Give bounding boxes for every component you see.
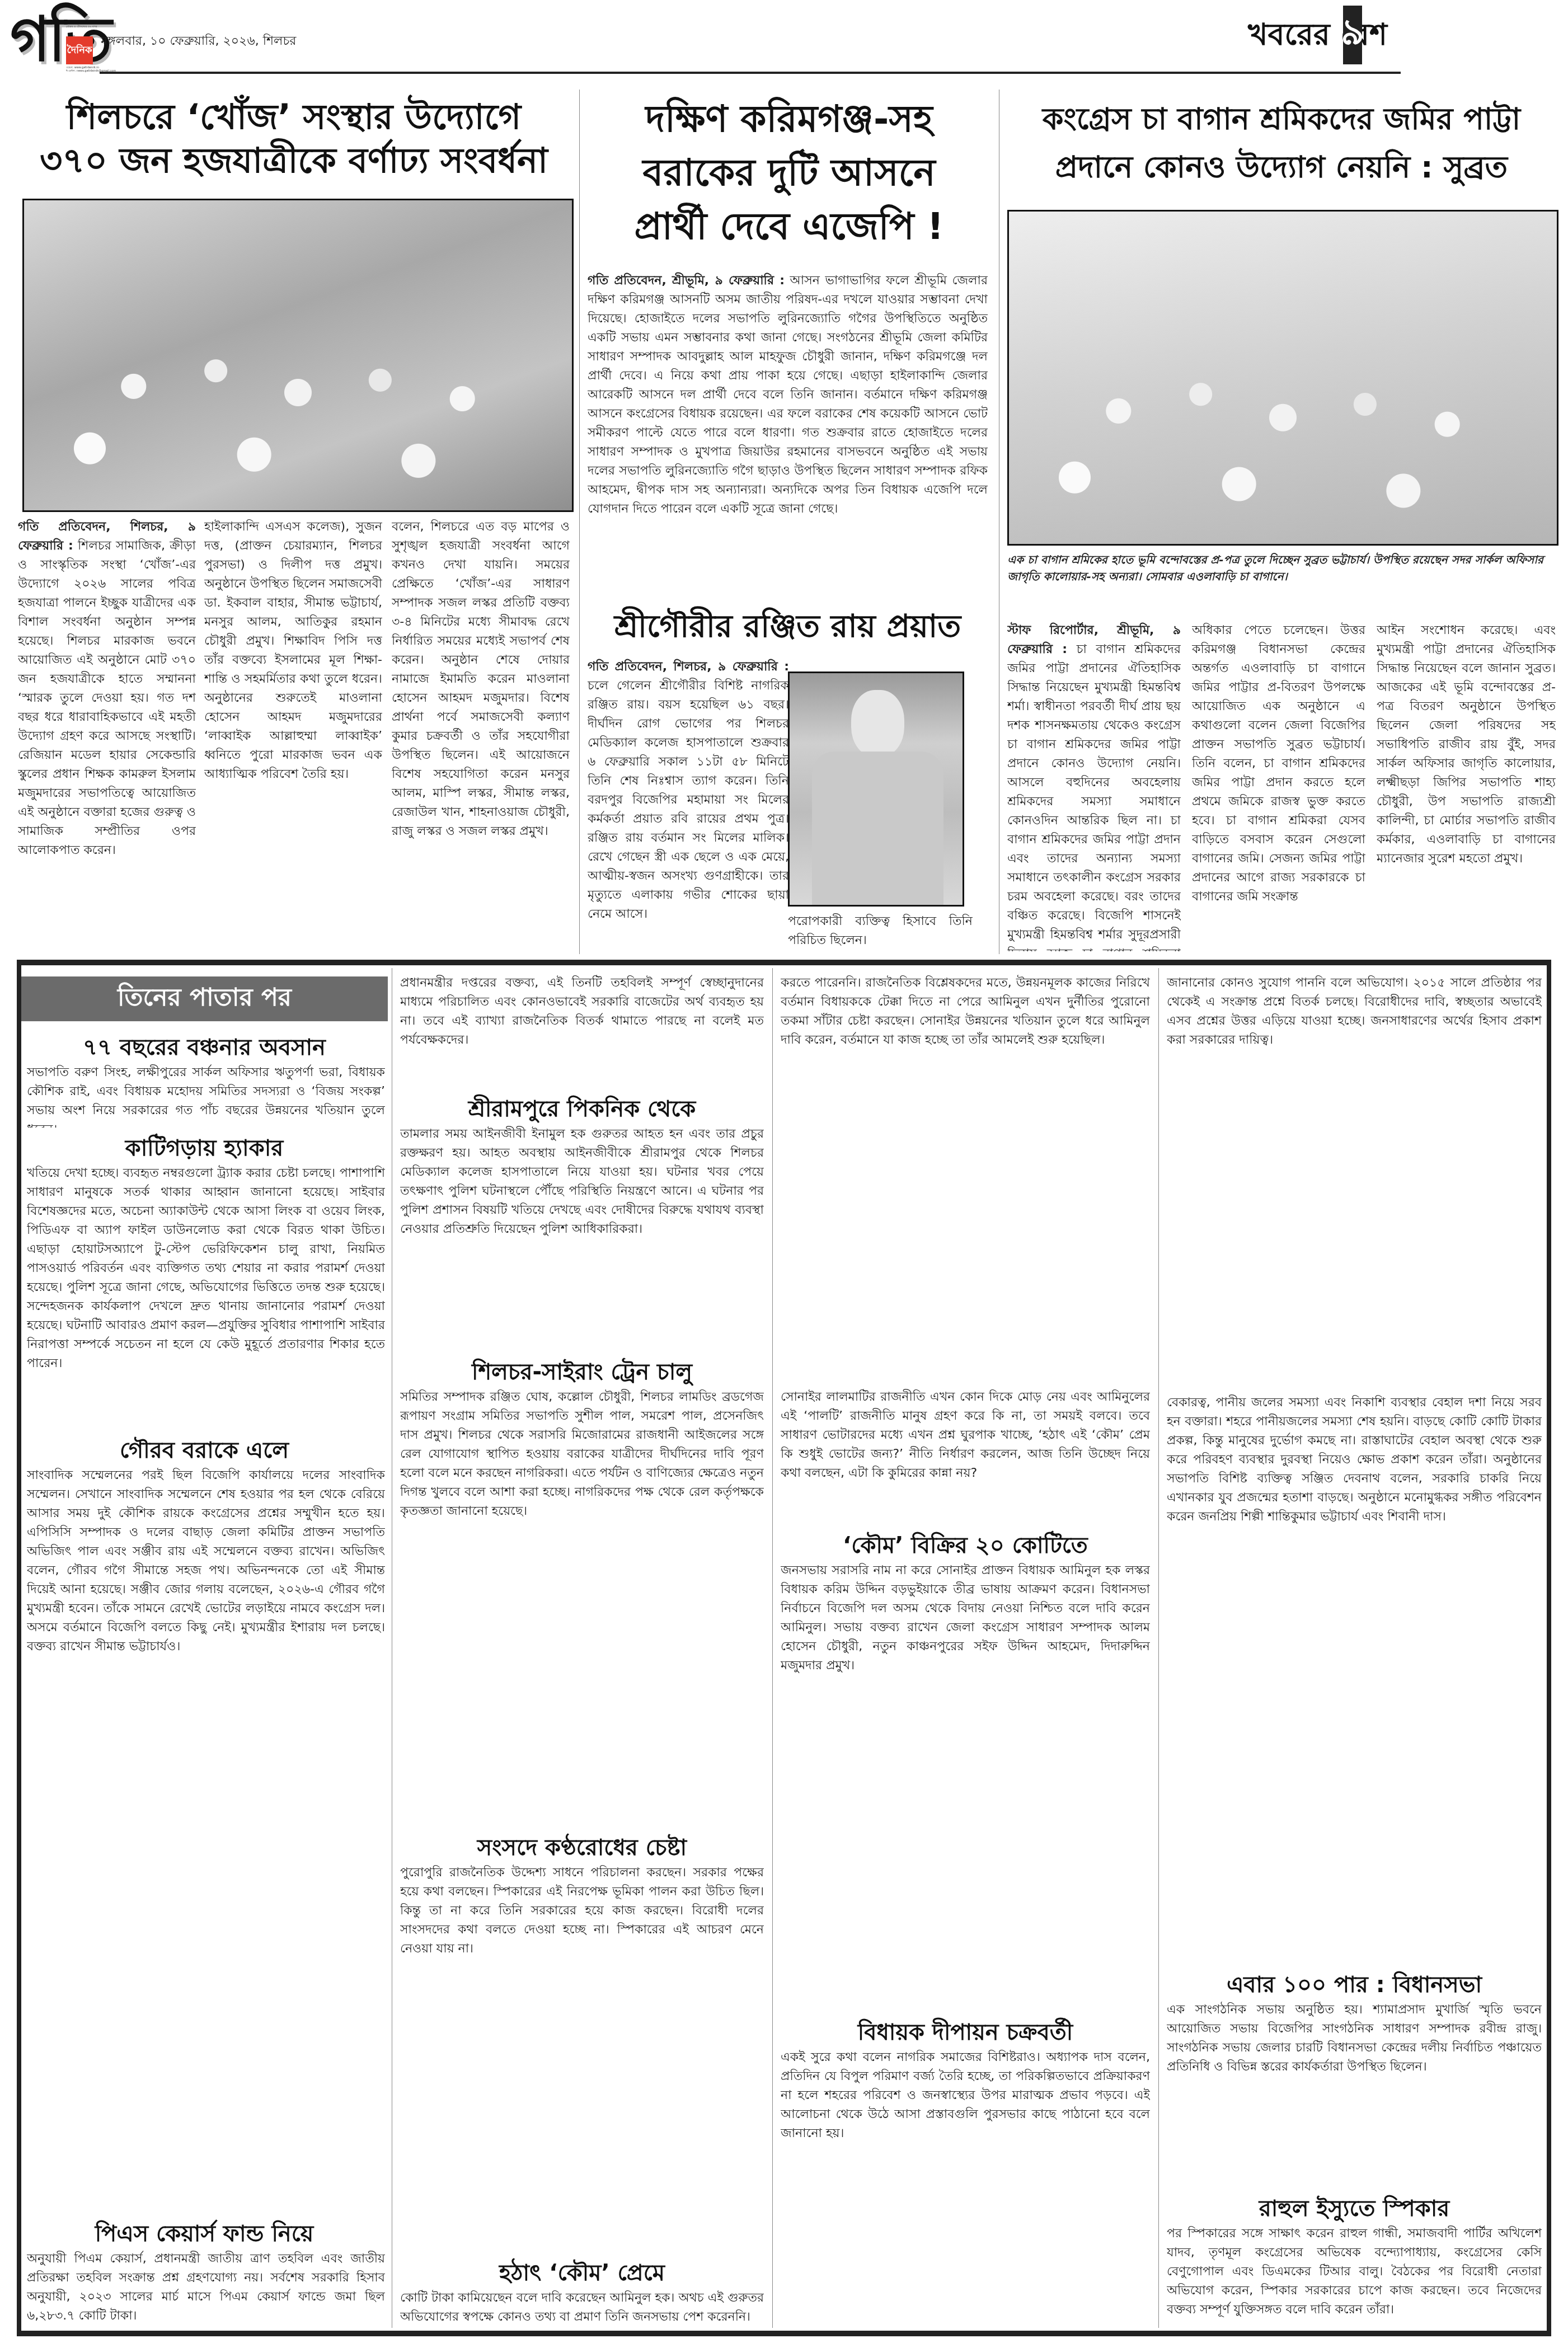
newspaper-logo: গতি — [10, 6, 110, 73]
photo-caption: এক চা বাগান শ্রমিকের হাতে ভূমি বন্দোবস্ত… — [1007, 551, 1558, 590]
portrait-face — [851, 690, 904, 757]
logo-tagline: গৌরব ও ঐতিহ্যের ৩৬ বছর — [66, 25, 94, 30]
portrait-body — [812, 752, 943, 907]
byline: গতি প্রতিবেদন, শ্রীভূমি, ৯ ফেব্রুয়ারি : — [588, 274, 785, 288]
subhead-kaum-sold-20-crore: ‘কৌম’ বিক্রির ২০ কোটিতে — [778, 1528, 1153, 1565]
subhead-silchar-sairang-train: শিলচর-সাইরাং ট্রেন চালু — [397, 1354, 767, 1392]
article-text: খতিয়ে দেখা হচ্ছে। ব্যবহৃত নম্বরগুলো ট্র… — [27, 1164, 385, 1424]
headline-line: বরাকের দুটি আসনে — [588, 146, 990, 200]
headline-line: প্রার্থী দেবে এজেপি ! — [588, 200, 990, 253]
article-text: পরোপকারী ব্যক্তিত্ব হিসাবে তিনি পরিচিত ছ… — [788, 914, 973, 947]
subhead-gaurav-barak: গৌরব বরাকে এলে — [25, 1433, 383, 1470]
dateline: মঙ্গলবার, ১০ ফেব্রুয়ারি, ২০২৬, শিলচর — [101, 31, 296, 52]
article-column: হাইলাকান্দি এসএস কলেজ), সুজন দত্ত, (প্রা… — [204, 518, 382, 954]
column-divider — [392, 968, 392, 2328]
article-text: অধিকার পেতে চলেছেন। উত্তর করিমগঞ্জ বিধান… — [1192, 623, 1365, 904]
subhead-77-years: ৭৭ বছরের বঞ্চনার অবসান — [25, 1030, 383, 1067]
article-text: অনুযায়ী পিএম কেয়ার্স, প্রধানমন্ত্রী জা… — [27, 2250, 385, 2328]
article-text: এক সাংগঠনিক সভায় অনুষ্ঠিত হয়। শ্যামাপ্… — [1167, 2001, 1542, 2185]
article-column: গতি প্রতিবেদন, শ্রীভূমি, ৯ ফেব্রুয়ারি :… — [588, 271, 988, 585]
article-text: বেকারত্ব, পানীয় জলের সমস্যা এবং নিকাশি … — [1167, 1393, 1542, 1959]
photo-ranjit-roy — [788, 672, 964, 907]
subhead-100-paar: এবার ১০০ পার : বিধানসভা — [1164, 1967, 1544, 2004]
photo-hajj-pilgrims — [22, 199, 574, 512]
article-text: আইন সংশোধন করেছে। এবং মুখ্যমন্ত্রী পাট্ট… — [1377, 623, 1556, 866]
page-number: ৯ — [1343, 6, 1362, 64]
subhead-srirampur-picnic: শ্রীরামপুরে পিকনিক থেকে — [397, 1091, 767, 1129]
article-column: আইন সংশোধন করেছে। এবং মুখ্যমন্ত্রী পাট্ট… — [1377, 621, 1556, 951]
article-text: জানানোর কোনও সুযোগ পাননি বলে অভিযোগ। ২০১… — [1167, 974, 1542, 1388]
headline-khonj: শিলচরে ‘খোঁজ’ সংস্থার উদ্যোগে ৩৭০ জন হজয… — [17, 95, 571, 182]
continued-from-page-3-banner: তিনের পাতার পর — [21, 976, 388, 1021]
headline-line: প্রদানে কোনও উদ্যোগ নেয়নি : সুব্রত — [1004, 143, 1558, 191]
article-column: গতি প্রতিবেদন, শিলচর, ৯ ফেব্রুয়ারি : শি… — [18, 518, 196, 954]
article-text: পুরোপুরি রাজনৈতিক উদ্দেশ্য সাধনে পরিচালন… — [400, 1863, 764, 2250]
headline-line: দক্ষিণ করিমগঞ্জ-সহ — [588, 92, 990, 146]
column-divider — [999, 90, 999, 954]
article-text: কোটি টাকা কামিয়েছেন বলে দাবি করেছেন আমি… — [400, 2289, 764, 2331]
byline: গতি প্রতিবেদন, শিলচর, ৯ ফেব্রুয়ারি : — [588, 660, 789, 674]
photo-land-patta-distribution — [1007, 210, 1558, 546]
subhead-sudden-kaum-love: হঠাৎ ‘কৌম’ প্রেমে — [397, 2255, 767, 2293]
article-text: আসন ভাগাভাগির ফলে শ্রীভূমি জেলার দক্ষিণ … — [588, 274, 988, 516]
headline-obituary: শ্রীগৌরীর রঞ্জিত রায় প্রয়াত — [588, 607, 988, 646]
headline-line: কংগ্রেস চা বাগান শ্রমিকদের জমির পাট্টা — [1004, 95, 1558, 143]
subhead-katigorah-hacker: কাটিগড়ায় হ্যাকার — [25, 1130, 383, 1168]
article-text: শিলচর সামাজিক, ক্রীড়া ও সাংস্কৃতিক সংস্… — [18, 539, 196, 857]
logo-dainik-badge: দৈনিক — [66, 36, 93, 64]
headline-ajp: দক্ষিণ করিমগঞ্জ-সহ বরাকের দুটি আসনে প্রা… — [588, 92, 990, 253]
headline-line: ৩৭০ জন হজযাত্রীকে বর্ণাঢ্য সংবর্ধনা — [17, 139, 571, 182]
logo-tagline-box: গৌরব ও ঐতিহ্যের ৩৬ বছর — [66, 25, 94, 30]
headline-subrata: কংগ্রেস চা বাগান শ্রমিকদের জমির পাট্টা প… — [1004, 95, 1558, 191]
article-text: সমিতির সম্পাদক রঞ্জিত ঘোষ, কল্লোল চৌধুরী… — [400, 1388, 764, 1824]
subhead-pm-cares: পিএস কেয়ার্স ফান্ড নিয়ে — [25, 2216, 383, 2253]
column-divider — [1158, 968, 1159, 2328]
article-text: সোনাইর লালমাটির রাজনীতি এখন কোন দিকে মোড… — [781, 1388, 1150, 1522]
subhead-mla-dipayan: বিধায়ক দীপায়ন চক্রবর্তী — [778, 2015, 1153, 2052]
article-text: পর স্পিকারের সঙ্গে সাক্ষাৎ করেন রাহুল গা… — [1167, 2224, 1542, 2331]
article-text: বলেন, শিলচরে এত বড় মাপের ও সুশৃঙ্খল হজয… — [392, 520, 570, 838]
article-column: বলেন, শিলচরে এত বড় মাপের ও সুশৃঙ্খল হজয… — [392, 518, 570, 954]
article-column: পরোপকারী ব্যক্তিত্ব হিসাবে তিনি পরিচিত ছ… — [788, 912, 973, 951]
article-text: সভাপতি বরুণ সিংহ, লক্ষীপুরের সার্কল অফিস… — [27, 1063, 385, 1128]
article-text: চলে গেলেন শ্রীগৌরীর বিশিষ্ট নাগরিক রঞ্জি… — [588, 679, 789, 921]
column-divider — [579, 90, 580, 954]
article-text: হাইলাকান্দি এসএস কলেজ), সুজন দত্ত, (প্রা… — [204, 520, 382, 781]
column-divider — [772, 968, 773, 2328]
headline-line: শিলচরে ‘খোঁজ’ সংস্থার উদ্যোগে — [17, 95, 571, 139]
article-text: তামলার সময় আইনজীবী ইনামুল হক গুরুতর আহত… — [400, 1125, 764, 1349]
article-text: চা বাগান শ্রমিকদের জমির পাট্টা প্রদানের … — [1007, 642, 1181, 951]
subhead-parliament-gag: সংসদে কণ্ঠরোধের চেষ্টা — [397, 1830, 767, 1867]
masthead-rule — [100, 72, 1401, 74]
section-name: খবরের রেশ — [1248, 11, 1387, 62]
article-text: করতে পারেননি। রাজনৈতিক বিশ্লেষকদের মতে, … — [781, 974, 1150, 1382]
article-column: স্টাফ রিপোর্টার, শ্রীভূমি, ৯ ফেব্রুয়ারি… — [1007, 621, 1181, 951]
article-text: সাংবাদিক সম্মেলনের পরই ছিল বিজেপি কার্যা… — [27, 1466, 385, 2210]
article-column: গতি প্রতিবেদন, শিলচর, ৯ ফেব্রুয়ারি : চল… — [588, 658, 789, 949]
article-text: জনসভায় সরাসরি নাম না করে সোনাইর প্রাক্ত… — [781, 1561, 1150, 2009]
article-text: প্রধানমন্ত্রীর দপ্তরের বক্তব্য, এই তিনটি… — [400, 974, 764, 1086]
subhead-rahul-speaker: রাহুল ইস্যুতে স্পিকার — [1164, 2191, 1544, 2228]
masthead: গতি গৌরব ও ঐতিহ্যের ৩৬ বছর দৈনিক ওয়েব: … — [0, 0, 1568, 84]
article-text: একই সুরে কথা বলেন নাগরিক সমাজের বিশিষ্টর… — [781, 2048, 1150, 2328]
article-column: অধিকার পেতে চলেছেন। উত্তর করিমগঞ্জ বিধান… — [1192, 621, 1365, 951]
